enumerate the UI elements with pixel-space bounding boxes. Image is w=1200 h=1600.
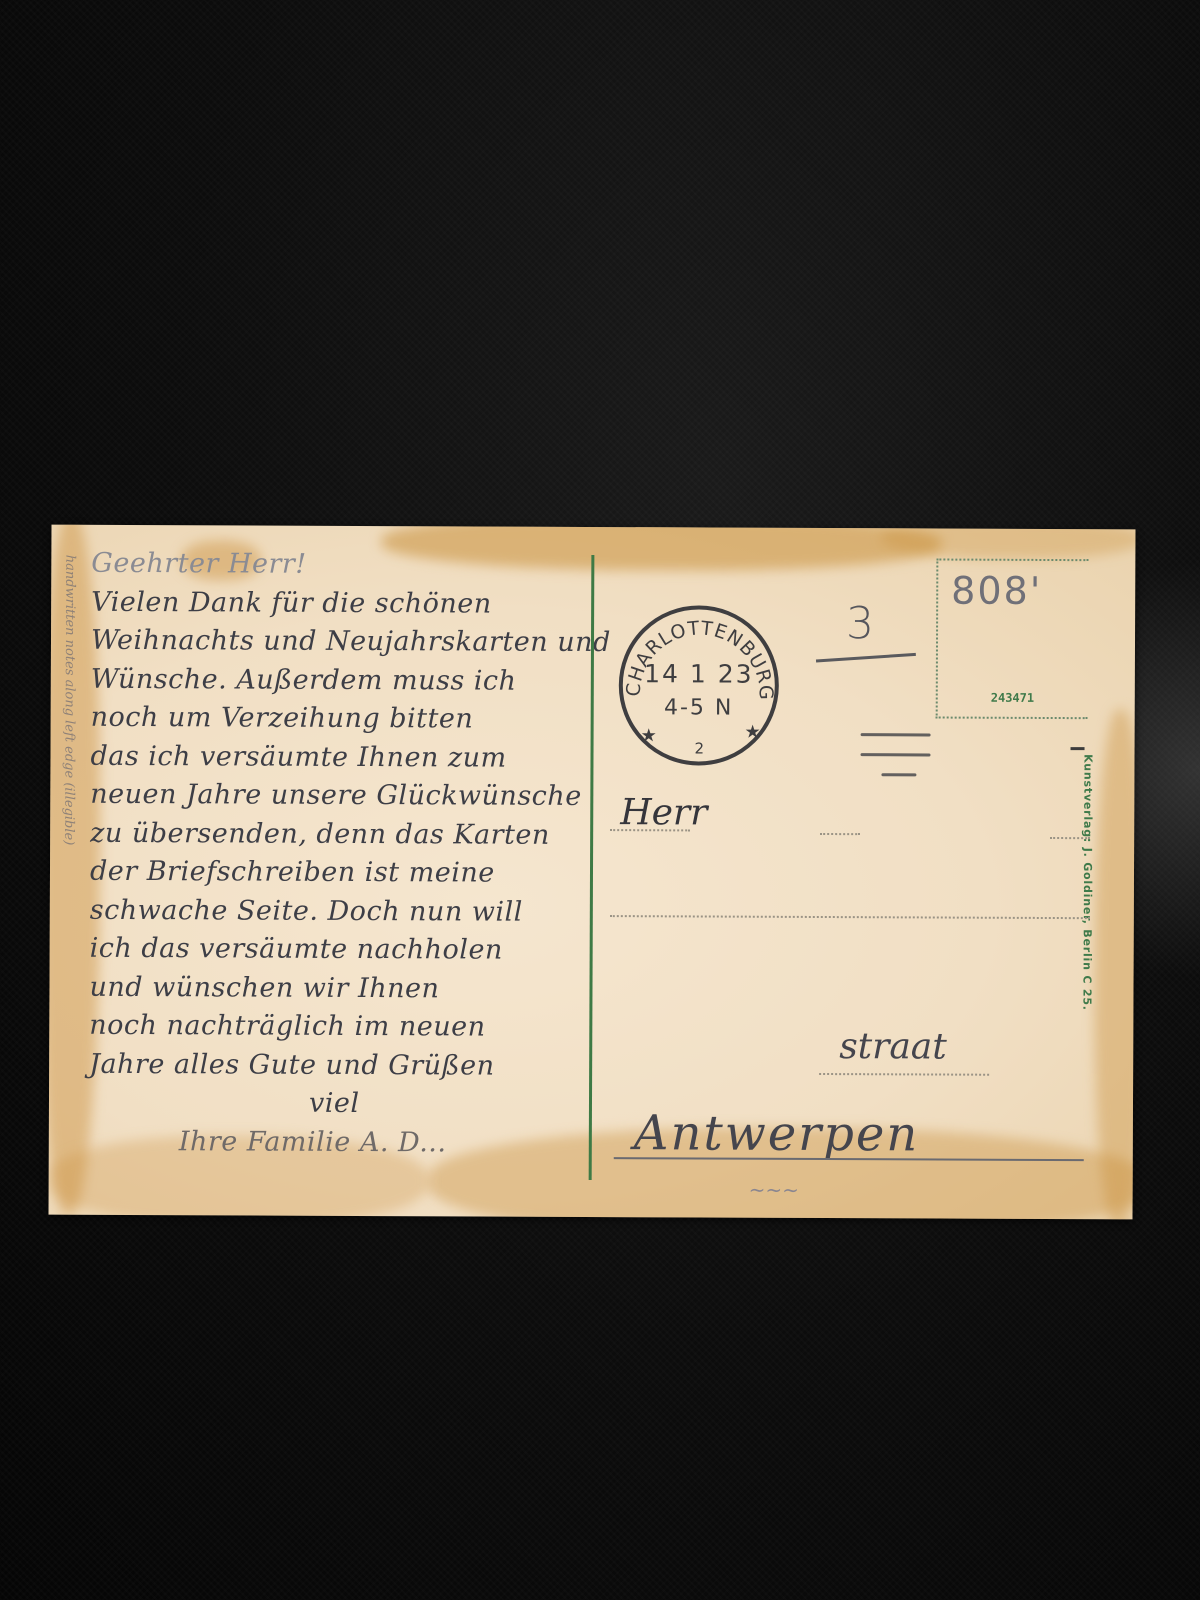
address-line-3 [819, 1073, 989, 1076]
stamp-box-number: 243471 [991, 691, 1034, 705]
destination-city: Antwerpen [634, 1105, 920, 1162]
message-body: Geehrter Herr! Vielen Dank für die schön… [89, 545, 612, 1163]
message-line: der Briefschreiben ist meine [90, 853, 610, 894]
message-line: Jahre alles Gute und Grüßen [89, 1045, 609, 1086]
message-line: Weihnachts und Neujahrskarten und [91, 622, 611, 663]
message-line: noch nachträglich im neuen [89, 1007, 609, 1048]
message-line: Wünsche. Außerdem muss ich [91, 660, 611, 701]
star-icon: ★ [641, 725, 657, 746]
star-icon: ★ [744, 722, 760, 743]
recipient-title: Herr [620, 792, 707, 833]
salutation: Geehrter Herr! [91, 545, 611, 586]
address-line-1b [820, 833, 860, 835]
postcard: handwritten notes along left edge (illeg… [48, 525, 1135, 1220]
signature: Ihre Familie A. D... [89, 1122, 609, 1163]
pencil-note-808: 808' [951, 569, 1042, 613]
side-margin-text: handwritten notes along left edge (illeg… [53, 555, 78, 1175]
stain-right-edge [1093, 709, 1135, 1219]
message-line: neuen Jahre unsere Glückwünsche [90, 776, 610, 817]
message-line: und wünschen wir Ihnen [89, 968, 609, 1009]
pencil-underline [816, 653, 916, 663]
message-line: schwache Seite. Doch nun will [90, 891, 610, 932]
address-line-2 [610, 915, 1090, 919]
publisher-imprint: Kunstverlag: J. Goldiner, Berlin C 25. [1075, 754, 1095, 1114]
pencil-note-3: 3 [846, 598, 874, 649]
address-line-1c [1050, 837, 1090, 839]
bottom-pencil-note: ~~~ [749, 1178, 799, 1202]
message-line: ich das versäumte nachholen [90, 930, 610, 971]
closing: viel [89, 1084, 609, 1125]
publisher-tick [1071, 747, 1085, 750]
message-line: noch um Verzeihung bitten [91, 699, 611, 740]
message-line: Vielen Dank für die schönen [91, 583, 611, 624]
postmark-date: 14 1 23 [623, 659, 775, 689]
cancellation-lines [860, 733, 930, 793]
message-line: zu übersenden, denn das Karten [90, 814, 610, 855]
street-label: straat [839, 1026, 947, 1067]
postmark: CHARLOTTENBURG 14 1 23 4-5 N ★ ★ 2 [618, 605, 779, 766]
postmark-number: 2 [695, 739, 705, 757]
postmark-time: 4-5 N [623, 695, 775, 721]
message-line: das ich versäumte Ihnen zum [90, 737, 610, 778]
address-line-1 [610, 829, 690, 831]
